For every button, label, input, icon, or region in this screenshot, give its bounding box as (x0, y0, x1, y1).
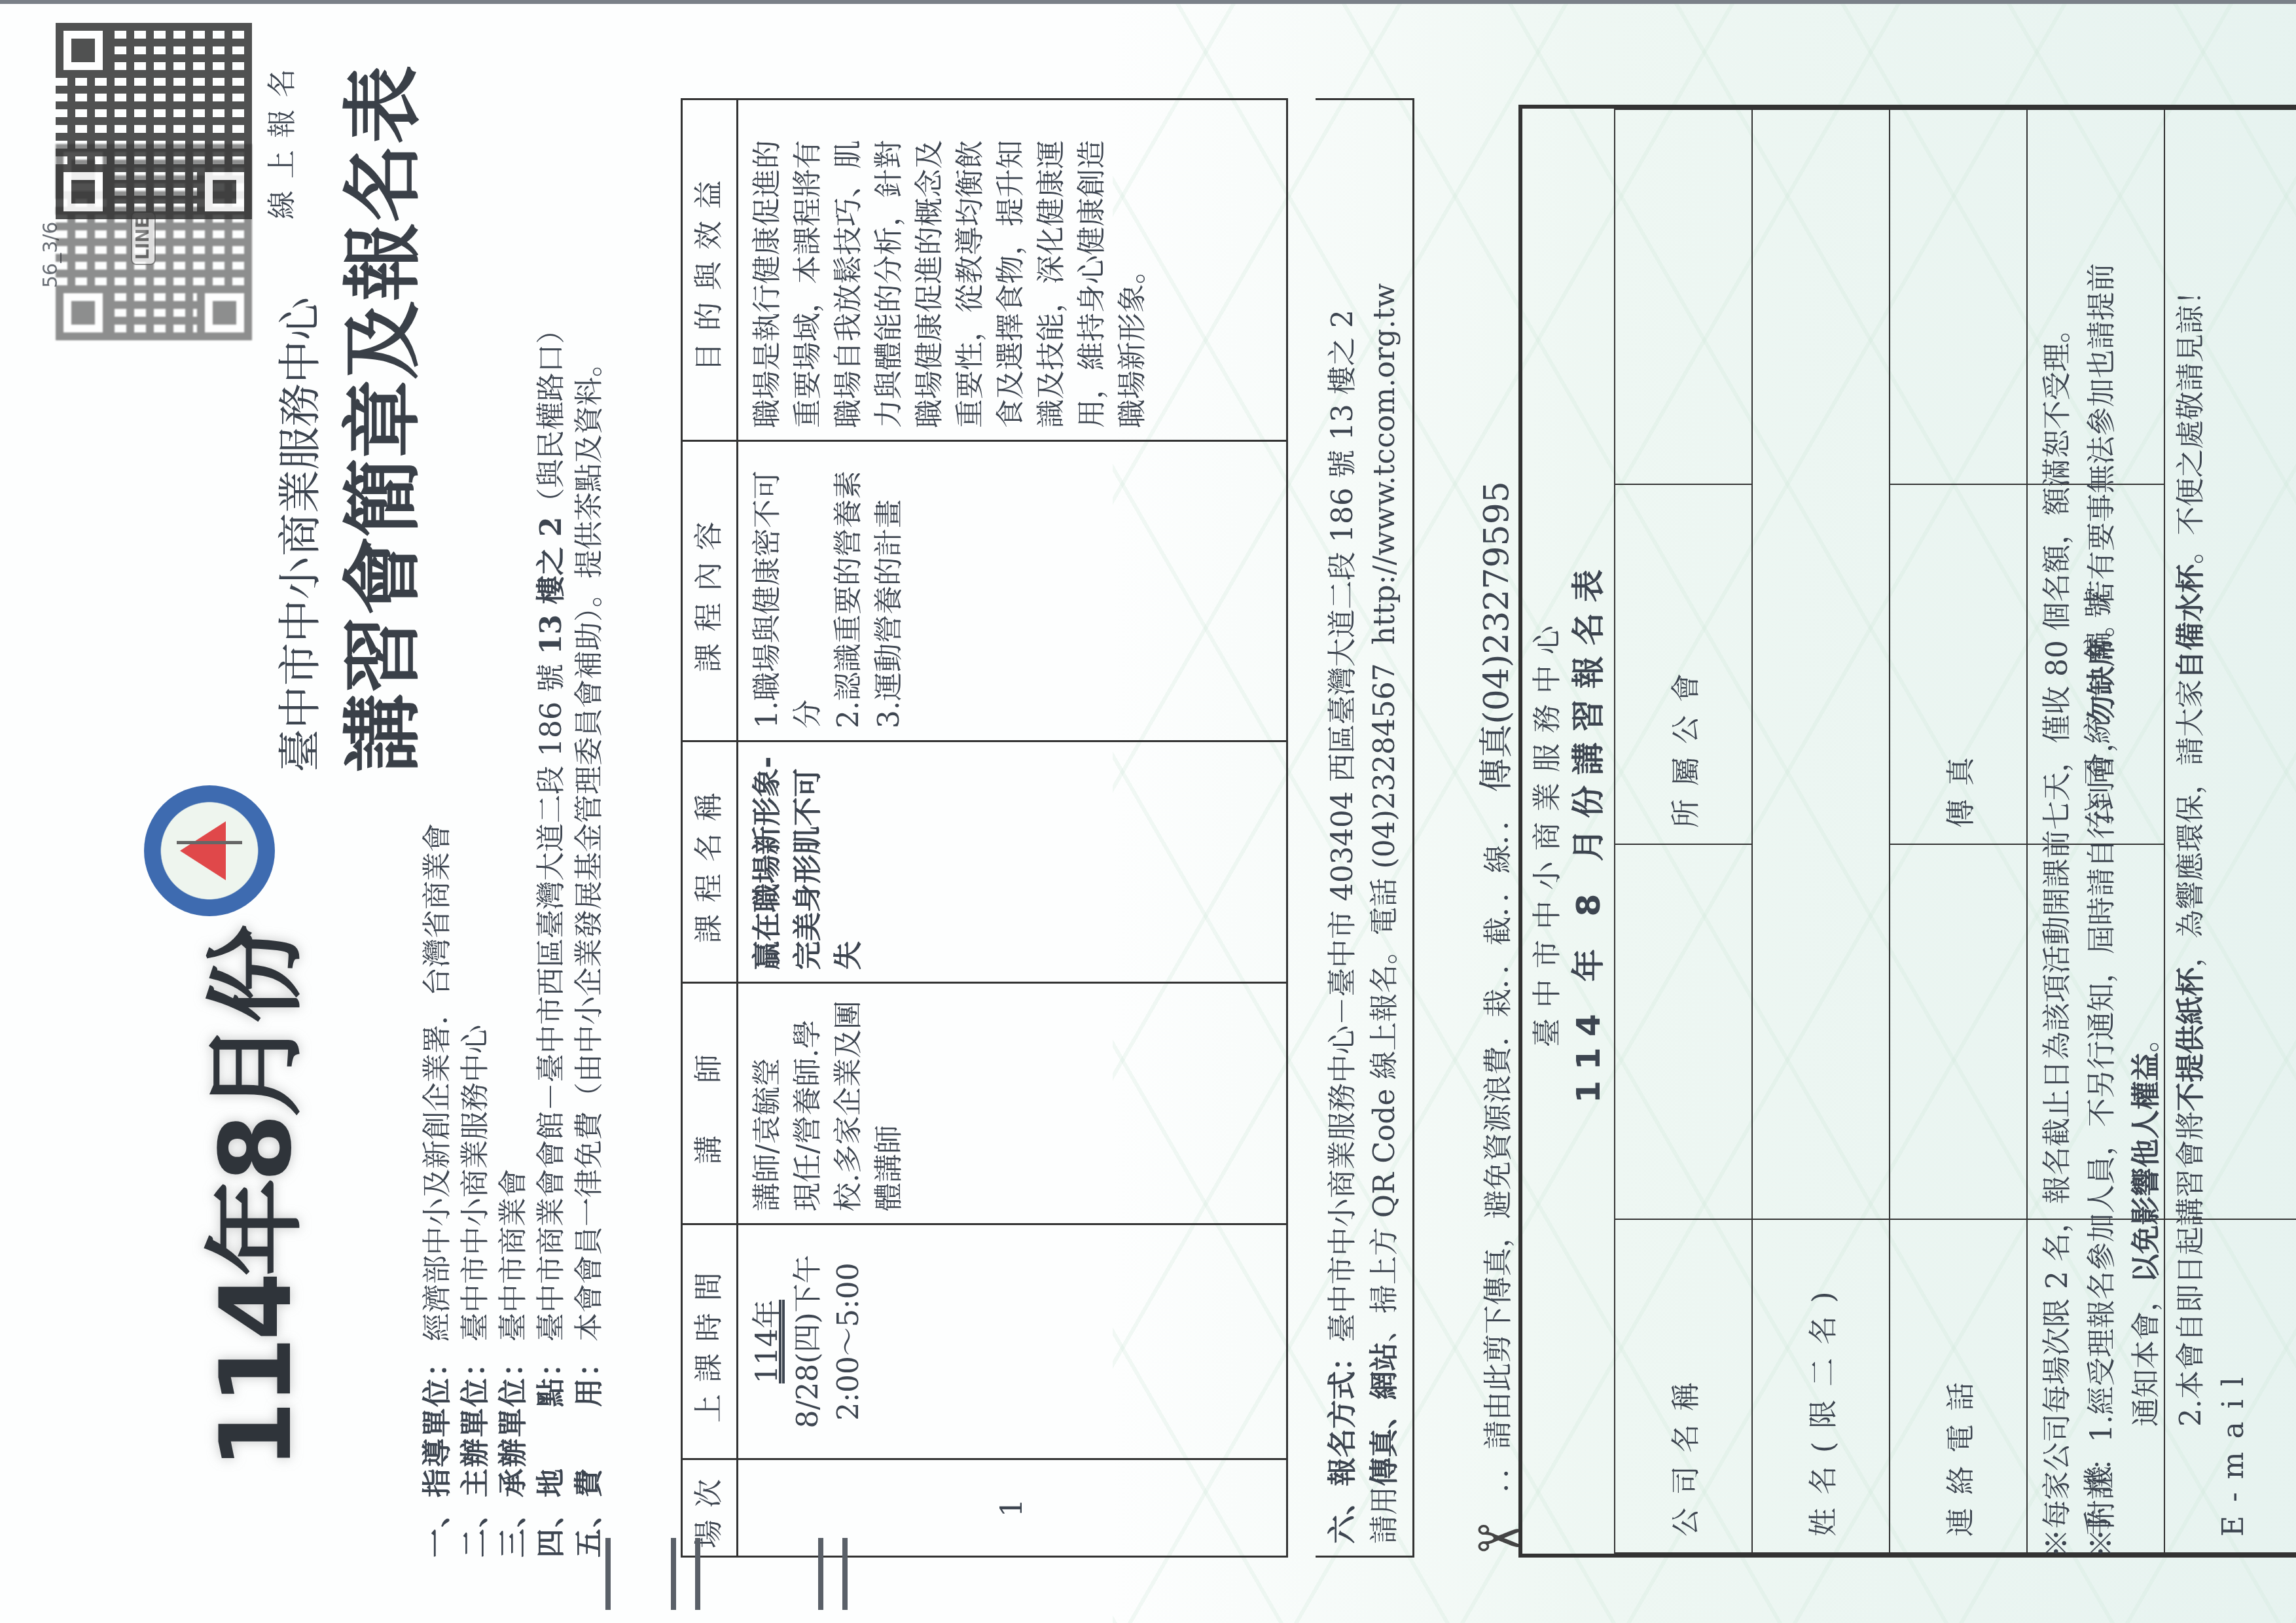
fax-number: 傳真(04)23279595 (1477, 481, 1516, 792)
notes: ※每家公司每場次限 2 名，報名截止日為該項活動開課前七天，僅收 80 個名額，… (2036, 52, 2214, 1558)
course-table-header: 場次 上課時間 講 師 課程名稱 課程內容 目的與效益 (682, 99, 738, 1557)
teacher: 講師/袁毓瑩 現任/營養師.學校.多家企業及團體講師 (738, 983, 1287, 1224)
online-registration-label: 線上報名 (259, 57, 300, 219)
info-location: 四、地 點：臺中市商業會會館－臺中市西區臺灣大道二段 186 號 13 樓之 2… (533, 85, 571, 1558)
course-name: 贏在職場新形象-完美身形肌不可失 (738, 741, 1287, 983)
field-row-name: 姓名(限二名) (1752, 109, 1890, 1553)
course-time: 114年 8/28(四)下午 2:00～5:00 (738, 1224, 1287, 1459)
info-fee: 五、費 用：本會會員一律免費（由中小企業發展基金管理委員會補助）。提供茶點及資料… (571, 85, 609, 1558)
event-info: 一、指導單位：經濟部中小及新創企業署．台灣省商業會 二、主辦單位：臺中市中小商業… (419, 85, 609, 1558)
course-table: 場次 上課時間 講 師 課程名稱 課程內容 目的與效益 1 114年 8/28(… (681, 98, 1288, 1558)
guild-field[interactable] (1615, 109, 1752, 484)
form-title: 講習會簡章及報名表 (321, 65, 433, 772)
company-name-field[interactable] (1615, 844, 1752, 1219)
note-quota: ※每家公司每場次限 2 名，報名截止日為該項活動開課前七天，僅收 80 個名額，… (2036, 52, 2080, 1558)
fax-field[interactable] (1890, 109, 2027, 484)
website-link[interactable]: http://www.tccom.org.tw (1368, 283, 1401, 645)
field-row-company: 公司名稱 所屬公會 (1615, 109, 1752, 1553)
course-content: 1.職場與健康密不可分 2.認識重要的營養素 3.運動營養的計畫 (738, 441, 1287, 741)
chamber-logo-icon (144, 785, 275, 916)
signup-form-header: 臺中市中小商業服務中心 114 年 8 月份講習報名表 (1522, 109, 1614, 1554)
scissors-icon: ✂ (1476, 1505, 1525, 1574)
course-goal: 職場是執行健康促進的重要場域，本課程將有職場自我放鬆技巧、肌力與體能的分析，針對… (738, 99, 1287, 441)
note-notify: 通知本會，以免影響他人權益。 (2125, 52, 2169, 1558)
attendee-name-field[interactable] (1752, 109, 1890, 1219)
info-executor: 三、承辦單位：臺中市商業會 (495, 85, 533, 1558)
online-registration-qr-code[interactable] (56, 23, 252, 219)
organization-name: 臺中市中小商業服務中心 (265, 297, 327, 772)
field-row-phone: 連絡電話 傳真 (1890, 109, 2027, 1553)
phone-field[interactable] (1890, 844, 2027, 1219)
document-page: 56_3/6 LINE 線上報名 114年8月份 臺中市中小商業服務中心 講習會… (0, 0, 2296, 1623)
info-guidance-unit: 一、指導單位：經濟部中小及新創企業署．台灣省商業會 (419, 85, 457, 1558)
registration-method: 六、報名方式：臺中市中小商業服務中心－臺中市 403404 西區臺灣大道二段 1… (1316, 98, 1414, 1558)
note-cups: 2.本會自即日起講習會將不提供紙杯，為響應環保，請大家自備水杯。不便之處敬請見諒… (2169, 52, 2214, 1558)
note-attendance: ※附註：1.經受理報名參加人員，不另行通知，屆時請自行到會，勿缺席。若有要事無法… (2080, 52, 2125, 1558)
table-row: 1 114年 8/28(四)下午 2:00～5:00 講師/袁毓瑩 現任/營養師… (738, 99, 1287, 1557)
info-organizer: 二、主辦單位：臺中市中小商業服務中心 (457, 85, 495, 1558)
month-title: 114年8月份 (177, 929, 318, 1469)
line-badge-icon: LINE (131, 211, 156, 265)
